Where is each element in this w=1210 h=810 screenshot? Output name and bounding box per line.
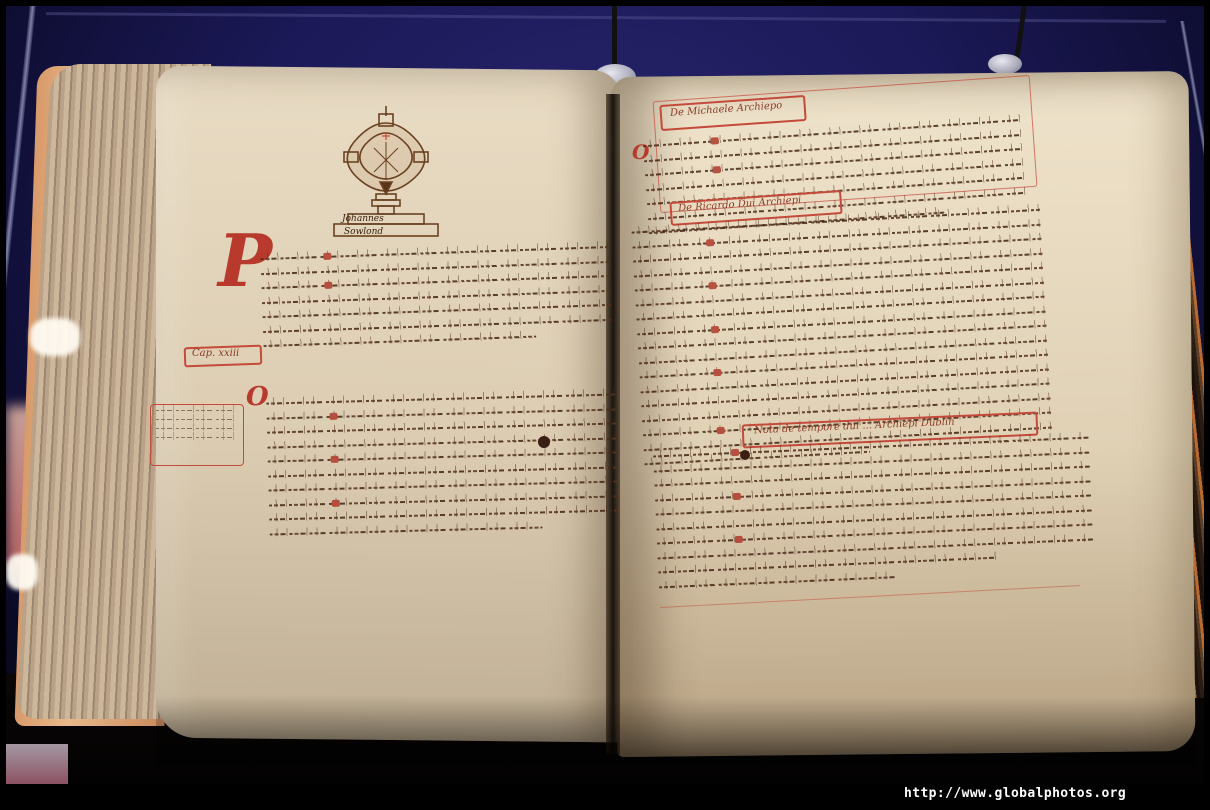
text-block (266, 393, 620, 547)
margin-note (156, 410, 236, 446)
vitrine-top-edge (46, 12, 1166, 23)
text-block (653, 437, 1095, 601)
light-glare (6, 554, 38, 590)
light-reflection (6, 744, 68, 784)
emblem-caption: Sowlond (344, 227, 383, 237)
ink-stain (740, 450, 750, 460)
photo-frame: Johannes Sowlond P Cap. xxiii O De Micha… (6, 6, 1204, 784)
watermark-url: http://www.globalphotos.org (904, 786, 1126, 801)
support-rod (1014, 6, 1027, 61)
rubric-heading: Cap. xxiii (192, 348, 239, 359)
support-disc (988, 54, 1022, 74)
ink-stain (538, 436, 550, 448)
light-glare (30, 318, 80, 356)
emblem-caption: Johannes (342, 214, 384, 224)
page-shadow (156, 696, 1196, 766)
text-block (260, 246, 613, 360)
